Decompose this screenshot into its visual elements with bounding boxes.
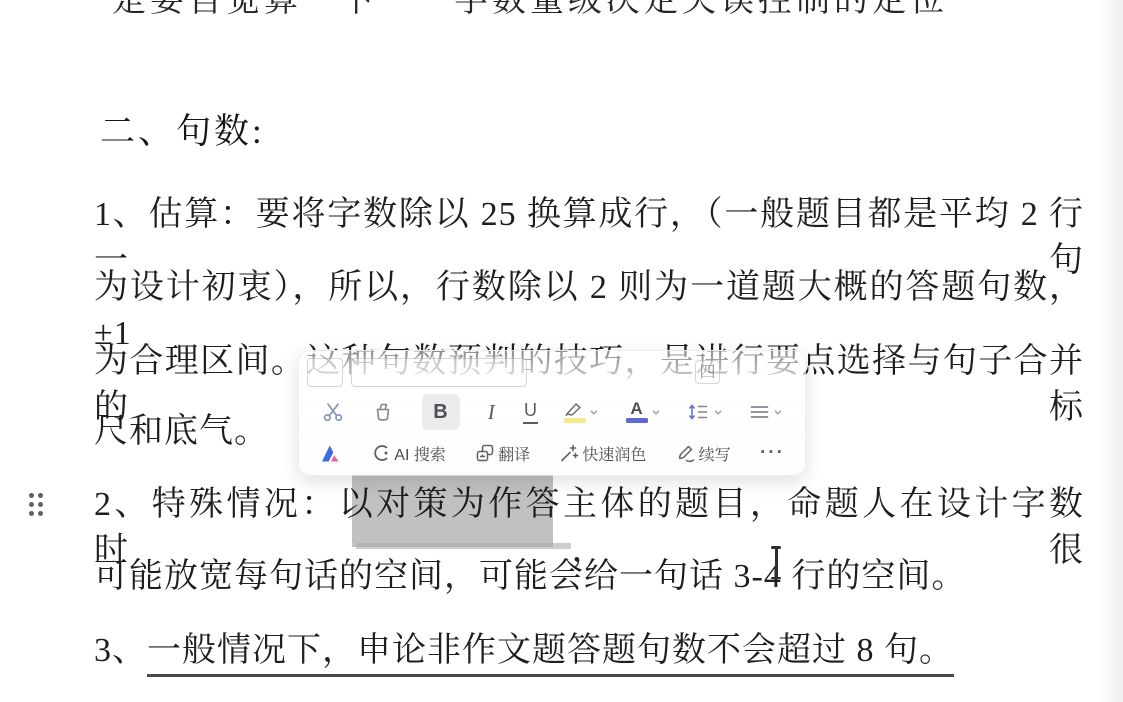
- text-cursor-ibeam: [769, 546, 783, 579]
- item3-prefix: 3、: [94, 632, 147, 669]
- font-color-button[interactable]: A: [626, 402, 661, 423]
- pen-icon: [676, 443, 696, 463]
- chevron-down-icon: [713, 409, 723, 416]
- wps-ai-button[interactable]: [319, 443, 342, 463]
- toolbar-ai-row: AI 搜索 翻译 快速润色: [299, 437, 805, 469]
- chevron-down-icon: [651, 409, 661, 416]
- document-page: 是要自觉算一下 字数量级决定失误控制的定位 二、句数: 1、估算：要将字数除以 …: [0, 0, 1123, 702]
- bold-button[interactable]: B: [422, 394, 460, 430]
- font-color-icon: A: [626, 402, 648, 423]
- clipped-top-line: 是要自觉算一下 字数量级决定失误控制的定位: [112, 0, 948, 21]
- alignment-button[interactable]: [749, 404, 783, 420]
- floating-format-toolbar: 四 B I U: [298, 350, 806, 476]
- highlight-color-button[interactable]: [564, 401, 599, 423]
- ghost-font-size-box: 四: [695, 360, 720, 384]
- ghost-box: [307, 358, 343, 387]
- underline-button[interactable]: U: [523, 400, 538, 424]
- more-button[interactable]: ···: [760, 442, 785, 464]
- chevron-down-icon: [773, 409, 783, 416]
- translate-button[interactable]: 翻译: [475, 442, 530, 465]
- chevron-down-icon: [589, 409, 599, 416]
- section-heading: 二、句数:: [100, 104, 265, 154]
- cut-button[interactable]: [321, 400, 345, 424]
- translate-icon: [475, 443, 495, 463]
- ghost-box: [351, 358, 527, 387]
- line-spacing-icon: [687, 402, 710, 422]
- continue-writing-button[interactable]: 续写: [676, 442, 731, 465]
- wps-ai-logo-icon: [319, 443, 342, 463]
- toolbar-format-row: B I U A: [299, 391, 805, 433]
- doc-line: 可能放宽每句话的空间，可能会给一句话 3-4 行的空间。: [94, 554, 1084, 600]
- ai-search-button[interactable]: AI 搜索: [371, 442, 446, 465]
- align-justify-icon: [749, 404, 770, 420]
- ai-search-icon: [371, 443, 391, 463]
- scissors-icon: [321, 400, 345, 424]
- italic-button[interactable]: I: [486, 400, 497, 425]
- magic-wand-icon: [559, 443, 579, 463]
- doc-line-underlined: 3、一般情况下，申论非作文题答题句数不会超过 8 句。: [94, 628, 1084, 674]
- page-edge-shade: [1099, 0, 1123, 702]
- line-spacing-button[interactable]: [687, 402, 723, 422]
- format-painter-icon: [371, 400, 395, 424]
- item3-underlined-text: 一般情况下，申论非作文题答题句数不会超过 8 句。: [147, 632, 954, 677]
- quick-polish-button[interactable]: 快速润色: [559, 442, 646, 465]
- paragraph-drag-handle[interactable]: [29, 493, 43, 516]
- format-painter-button[interactable]: [371, 400, 395, 424]
- highlighter-icon: [564, 401, 586, 423]
